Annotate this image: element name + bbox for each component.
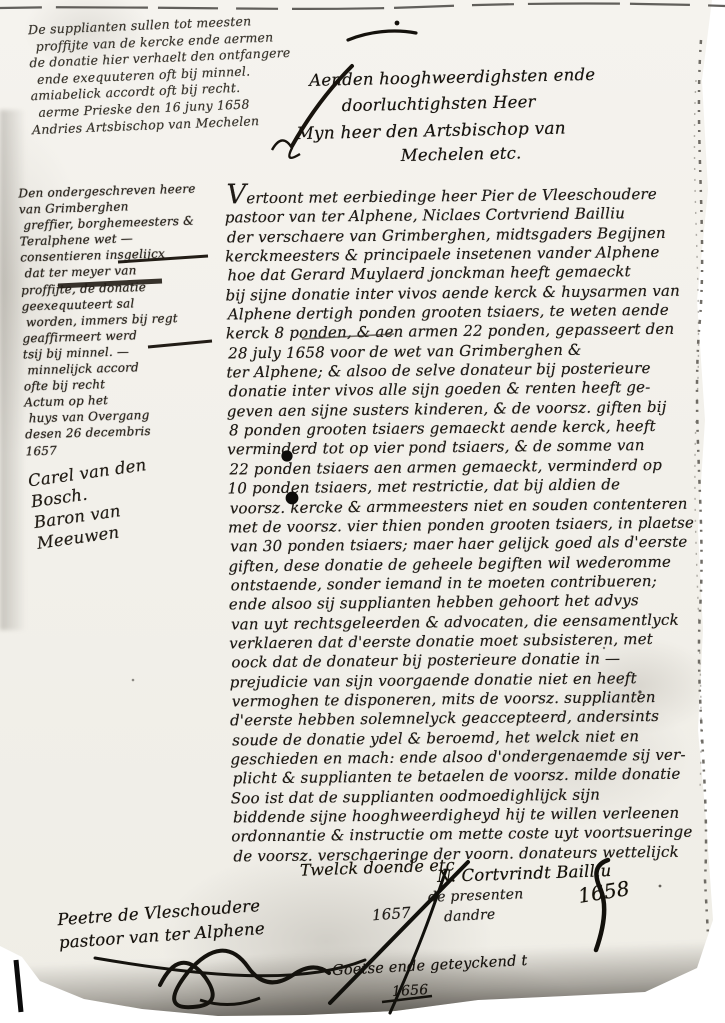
margin-annotation: Den ondergeschreven heerevan Grimberghen…	[18, 181, 203, 459]
registration-year: 1656	[392, 982, 429, 1000]
manuscript-scan: { "colors": { "ink": "#1f1b16", "paper":…	[0, 0, 725, 1023]
signature-bailiff-note: dandre	[444, 907, 496, 926]
petition-body: Vertoont met eerbiedinge heer Pier de Vl…	[224, 181, 697, 867]
address-line: Myn heer den Artsbischop van	[296, 118, 596, 144]
scan-edge-mark	[16, 960, 21, 1012]
signature-pastor-year: 1657	[371, 904, 411, 925]
address-line: doorluchtighsten Heer	[342, 91, 596, 115]
address-block: Aenden hooghweerdighsten ende doorluchti…	[295, 65, 597, 167]
archival-annotation-top-left: De supplianten sullen tot meestenproffij…	[28, 12, 294, 139]
signature-bailiff-note: de presenten	[428, 886, 524, 905]
margin-signature: Carel van denBosch.Baron vanMeeuwen	[27, 454, 157, 554]
